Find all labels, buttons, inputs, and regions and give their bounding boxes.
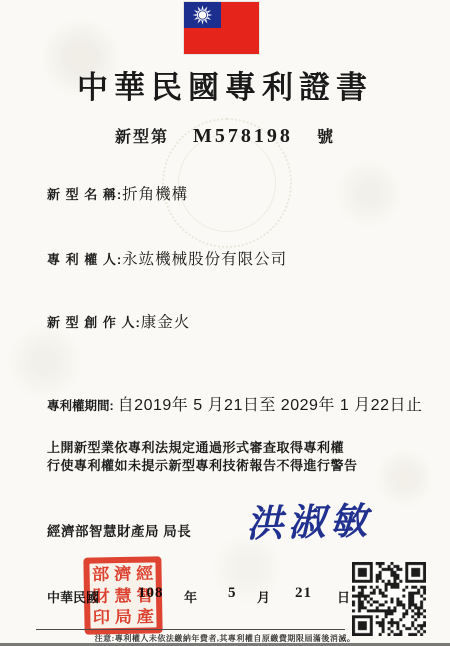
patent-number-suffix: 號 (317, 124, 335, 147)
legal-notice: 上開新型業依專利法規定通過形式審查取得專利權 行使專利權如未提示新型專利技術報告… (47, 439, 358, 475)
official-red-seal: 經濟部智慧財產局印 (83, 556, 162, 634)
issue-date-month: 5 (228, 585, 237, 602)
issue-date-day-unit: 日 (337, 587, 350, 606)
field-value: 折角機構 (122, 186, 188, 203)
issue-date-day: 21 (295, 585, 312, 602)
paper-watermark-inner-ring (178, 134, 276, 232)
sun-icon (184, 2, 221, 28)
field-value: 自2019年 5 月21日至 2029年 1 月22日止 (118, 397, 423, 414)
issue-date-month-unit: 月 (257, 587, 270, 606)
patent-number-row: 新型第 M578198 號 (0, 124, 450, 148)
legal-notice-line1: 上開新型業依專利法規定通過形式審查取得專利權 (47, 439, 358, 457)
patent-certificate-page: 中華民國專利證書 新型第 M578198 號 新 型 名 稱:折角機構 專 利 … (0, 0, 450, 646)
taiwan-flag (184, 2, 259, 54)
field-value: 康金火 (141, 314, 191, 331)
field-creator: 新 型 創 作 人:康金火 (47, 310, 190, 332)
director-general-signature: 洪淑敏 (245, 490, 372, 547)
legal-notice-line2: 行使專利權如未提示新型專利技術報告不得進行警告 (47, 457, 358, 475)
issuing-agency-title: 經濟部智慧財產局 局長 (47, 520, 191, 540)
field-utility-model-name: 新 型 名 稱:折角機構 (47, 182, 188, 204)
seal-characters: 經濟部智慧財產局印 (89, 562, 156, 628)
field-label: 專利權期間: (47, 399, 114, 413)
footer-divider-line (36, 629, 345, 630)
patent-number: M578198 (193, 125, 293, 148)
field-value: 永竑機械股份有限公司 (122, 251, 287, 268)
field-label: 專 利 權 人: (47, 252, 122, 267)
certificate-title: 中華民國專利證書 (0, 62, 450, 107)
field-label: 新 型 創 作 人: (47, 315, 141, 330)
field-label: 新 型 名 稱: (47, 187, 122, 202)
field-patent-term: 專利權期間: 自2019年 5 月21日至 2029年 1 月22日止 (47, 392, 422, 415)
qr-code (352, 562, 426, 636)
issue-date-year-unit: 年 (184, 587, 197, 606)
field-patentee: 專 利 權 人:永竑機械股份有限公司 (47, 247, 287, 269)
patent-number-prefix: 新型第 (115, 124, 169, 147)
